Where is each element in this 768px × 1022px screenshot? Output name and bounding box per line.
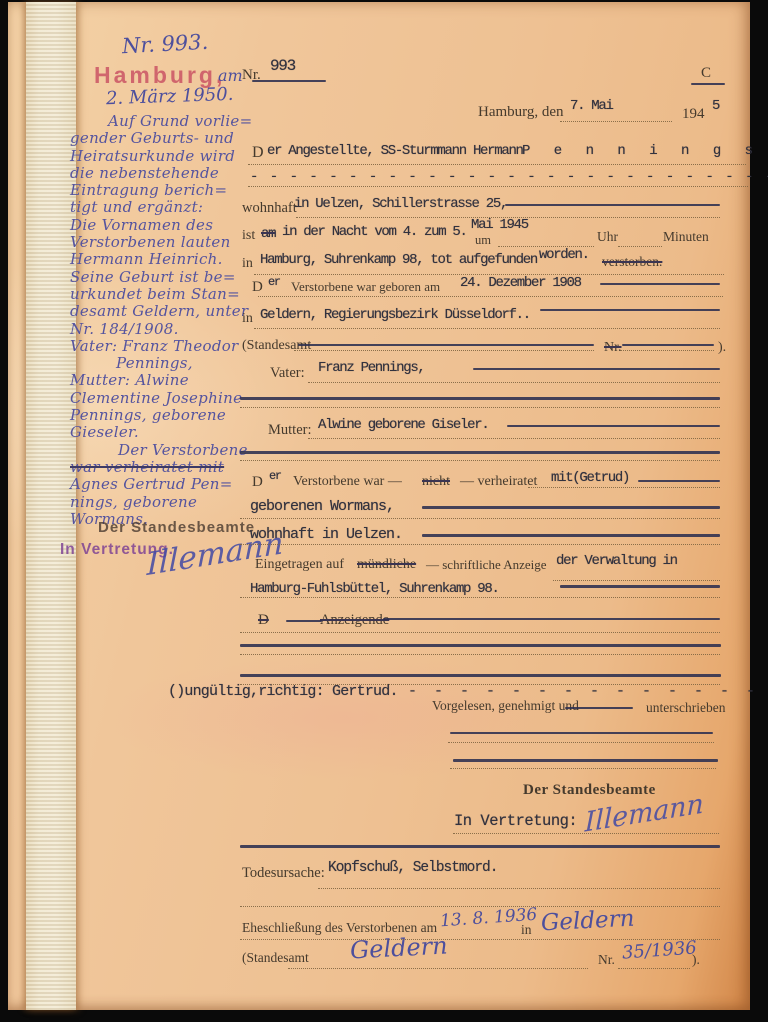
dotted-line [560,120,672,122]
note-line: Clementine Josephine [70,390,262,407]
dotted-line [240,406,720,408]
rule-line [565,707,633,709]
marriage-pre-d: D [252,474,263,491]
rule-line [286,620,322,622]
dotted-line [254,273,724,275]
residence-label: wohnhaft [242,200,297,217]
note-line: Die Vornamen des [70,217,262,234]
dotted-line [254,327,720,329]
year-preprint: 194 [682,106,705,123]
dotted-line [450,767,716,769]
wedding-registry-open: (Standesamt [242,950,309,966]
registrar-heading: Der Standesbeamte [523,782,656,799]
note-line: Pennings, [70,355,262,372]
death-place-typed: Hamburg, Suhrenkamp 98, tot aufgefunden [260,252,537,268]
dotted-line [453,832,719,834]
approval-pre-b: unterschrieben [646,700,725,716]
wedding-registry-nr-hand: 35/1936 [621,937,697,963]
dotted-line [248,163,746,165]
death-time-um: um [475,233,491,248]
rule-line [252,80,326,82]
wedding-registry-nr: Nr. [598,952,615,968]
rule-line [540,309,720,311]
dotted-line [240,683,720,685]
residence-typed: in Uelzen, Schillerstrasse 25, [294,196,507,212]
dotted-line [240,459,720,461]
dotted-line [248,185,748,187]
registry-nr: Nr. [604,340,622,356]
year-typed: 5 [712,98,719,114]
reporter-struck-label: Anzeigende [320,612,389,629]
dotted-line [240,543,720,545]
note-line: gender Geburts- und [70,130,262,147]
mother-label: Mutter: [268,422,312,439]
note-line: Der Verstorbene [70,442,262,459]
dotted-line [528,486,720,488]
dotted-line [618,967,690,969]
dotted-line [618,245,662,247]
note-line: Seine Geburt ist be= [70,269,262,286]
rule-line [505,204,720,206]
marriage-line3-typed: wohnhaft in Uelzen. [250,526,402,543]
certificate-page: Nr. 993. Hamburg, am 2. März 1950. Auf G… [8,2,750,1010]
dotted-line [296,216,720,218]
dotted-line [240,631,720,633]
note-line: Auf Grund vorlie= [70,113,262,130]
birth-place-typed: Geldern, Regierungsbezirk Düsseldorf.. [260,307,530,323]
cause-label: Todesursache: [242,865,325,882]
marriage-struck-nicht: nicht [422,474,450,490]
margin-handwritten-date: 2. März 1950. [106,84,234,109]
rule-line [422,506,720,509]
rule-line [450,732,713,734]
deputy-typed: In Vertretung: [454,812,577,830]
rule-line [560,585,720,588]
registry-close: ). [718,340,726,356]
note-line: war verheiratet mit [70,459,262,476]
death-time-struck-am: am [261,226,275,242]
name-pre-d: D [252,144,264,162]
report-struck-muendliche: mündliche [357,557,416,573]
place-date-label: Hamburg, den [478,104,564,121]
note-line: Vater: Franz Theodor [70,338,262,355]
report-line2-typed: Hamburg-Fuhlsbüttel, Suhrenkamp 98. [250,581,499,597]
deceased-name-typed: er Angestellte, SS-Sturmmann Hermann [267,143,523,159]
birth-typed-er: er [268,275,280,289]
dotted-line [318,887,720,889]
rule-line [240,644,721,647]
dotted-line [308,437,720,439]
birth-pre-d: D [252,279,263,296]
rule-line [453,759,718,762]
report-pre-b: — schriftliche Anzeige [426,557,547,573]
rule-line [240,845,720,848]
birth-place-in: in [242,311,253,327]
dotted-line [553,579,720,581]
approval-pre-a: Vorgelesen, genehmigt und [432,698,579,714]
birth-label: Verstorbene war geboren am [291,279,440,295]
note-line: tigt und ergänzt: [70,199,262,216]
dotted-line [240,938,720,940]
rule-line [383,618,720,620]
dotted-line [240,653,720,655]
marriage-line2-typed: geborenen Wormans, [250,498,394,515]
dotted-line [308,381,720,383]
report-pre-a: Eingetragen auf [255,557,344,573]
corner-mark: C [701,65,711,82]
death-time-minuten: Minuten [663,229,709,245]
verstorben-struck: verstorben. [602,254,662,270]
death-place-worden: worden. [539,247,589,263]
rule-line [298,344,594,346]
date-typed: 7. Mai [570,98,613,114]
note-line: Mutter: Alwine [70,372,262,389]
dashes-line: - - - - - - - - - - - - - - - - - - - - … [250,169,768,185]
note-line: Gieseler. [70,424,262,441]
note-line: urkundet beim Stan= [70,286,262,303]
death-time-uhr: Uhr [597,229,618,245]
deceased-surname-typed: P e n n i n g s [522,143,761,159]
wedding-registry-office-hand: Geldern [349,931,448,964]
marriage-pre-a: Verstorbene war — [293,474,402,490]
rule-line [622,344,714,346]
note-line: desamt Geldern, unter [70,303,262,320]
margin-handwritten-nr: Nr. 993. [121,30,208,58]
note-line: nings, geborene [70,494,262,511]
dotted-line [240,905,720,907]
note-line: Eintragung berich= [70,182,262,199]
death-month-typed: Mai 1945 [471,217,528,233]
death-place-in: in [242,256,253,272]
mother-typed: Alwine geborene Giseler. [318,417,488,433]
rule-line [422,534,720,537]
marriage-typed-er: er [269,469,281,483]
note-line: die nebenstehende [70,165,262,182]
wedding-registry-close: ). [692,952,700,968]
rule-line [240,397,720,400]
dotted-line [240,517,720,519]
dotted-line [294,349,594,351]
rule-line [473,368,720,370]
wedding-place-hand: Geldern [540,906,635,937]
document-scan: Nr. 993. Hamburg, am 2. März 1950. Auf G… [0,0,768,1022]
wedding-in: in [521,922,532,938]
rule-line [507,425,720,427]
death-time-typed: in der Nacht vom 4. zum 5. [282,224,467,240]
dotted-line [288,967,588,969]
correction-typed: ()ungültig,richtig: Gertrud. [168,683,398,700]
note-line: Pennings, geborene [70,407,262,424]
rule-line [691,83,725,85]
rule-line [240,451,720,454]
registry-open: (Standesamt [242,338,311,354]
binding-strip [26,2,76,1010]
reporter-struck-d: D [258,612,269,629]
dotted-line [498,245,594,247]
rule-line [240,674,721,677]
note-line: Nr. 184/1908. [70,321,262,338]
father-label: Vater: [270,365,305,382]
birth-date-typed: 24. Dezember 1908 [460,275,581,291]
note-line: Verstorbenen lauten [70,234,262,251]
cause-typed: Kopfschuß, Selbstmord. [328,860,497,876]
report-typed: der Verwaltung in [556,553,677,569]
note-line: Agnes Gertrud Pen= [70,476,262,493]
nr-value: 993 [270,57,295,75]
dotted-line [258,295,723,297]
dotted-line [240,596,720,598]
note-line: Hermann Heinrich. [70,251,262,268]
margin-handwritten-am: am [218,66,243,85]
marriage-typed-mit: mit(Getrud) [551,470,629,486]
note-line: Heiratsurkunde wird [70,148,262,165]
margin-correction-note: Auf Grund vorlie= gender Geburts- und He… [70,113,262,528]
rule-line [600,283,720,285]
death-time-ist: ist [242,228,255,244]
dotted-line [620,349,714,351]
rule-line [638,480,720,482]
marriage-pre-b: — verheiratet [460,474,537,490]
dotted-line [448,741,714,743]
father-typed: Franz Pennings, [318,360,425,376]
